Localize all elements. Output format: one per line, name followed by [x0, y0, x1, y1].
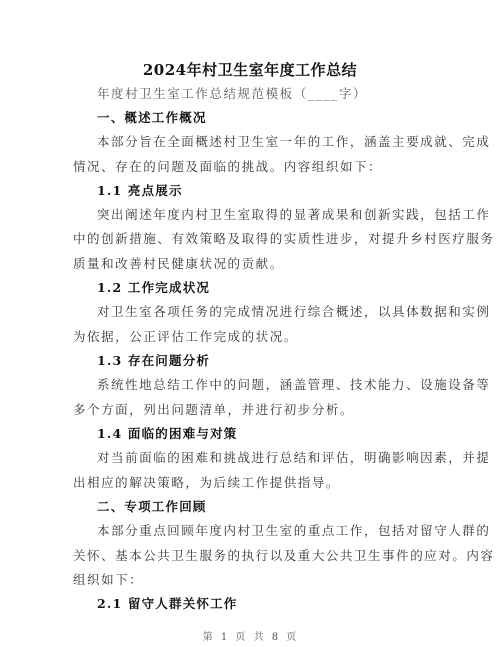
paragraph-line: 本部分旨在全面概述村卫生室一年的工作，涵盖主要成就、完成	[97, 132, 435, 150]
paragraph-line: 多个方面，列出问题清单，并进行初步分析。	[73, 400, 435, 418]
subsection-1-3-heading: 1.3 存在问题分析	[97, 351, 435, 369]
paragraph-line: 突出阐述年度内村卫生室取得的显著成果和创新实践，包括工作	[97, 205, 435, 223]
paragraph-line: 对当前面临的困难和挑战进行总结和评估，明确影响因素，并提	[97, 448, 435, 466]
paragraph-line: 对卫生室各项任务的完成情况进行综合概述，以具体数据和实例	[97, 302, 435, 320]
paragraph-line: 情况、存在的问题及面临的挑战。内容组织如下：	[73, 157, 435, 175]
document-title: 2024年村卫生室年度工作总结	[0, 59, 500, 80]
subsection-2-1-heading: 2.1 留守人群关怀工作	[97, 594, 435, 612]
paragraph-line: 关怀、基本公共卫生服务的执行以及重大公共卫生事件的应对。内容	[73, 546, 435, 564]
paragraph-line: 系统性地总结工作中的问题，涵盖管理、技术能力、设施设备等	[97, 375, 435, 393]
paragraph-line: 本部分重点回顾年度内村卫生室的重点工作，包括对留守人群的	[97, 521, 435, 539]
subsection-1-1-heading: 1.1 亮点展示	[97, 181, 435, 199]
document-page: 2024年村卫生室年度工作总结 年度村卫生室工作总结规范模板（____字） 一、…	[0, 0, 500, 647]
document-subtitle: 年度村卫生室工作总结规范模板（____字）	[97, 84, 435, 102]
paragraph-line: 出相应的解决策略，为后续工作提供指导。	[73, 473, 435, 491]
subsection-1-4-heading: 1.4 面临的困难与对策	[97, 424, 435, 442]
paragraph-line: 为依据，公正评估工作完成的状况。	[73, 327, 435, 345]
subsection-1-2-heading: 1.2 工作完成状况	[97, 278, 435, 296]
paragraph-line: 组织如下：	[73, 570, 435, 588]
paragraph-line: 中的创新措施、有效策略及取得的实质性进步，对提升乡村医疗服务	[73, 229, 435, 247]
section-2-heading: 二、专项工作回顾	[97, 497, 435, 515]
paragraph-line: 质量和改善村民健康状况的贡献。	[73, 254, 435, 272]
page-footer: 第 1 页 共 8 页	[0, 628, 500, 643]
section-1-heading: 一、概述工作概况	[97, 108, 435, 126]
